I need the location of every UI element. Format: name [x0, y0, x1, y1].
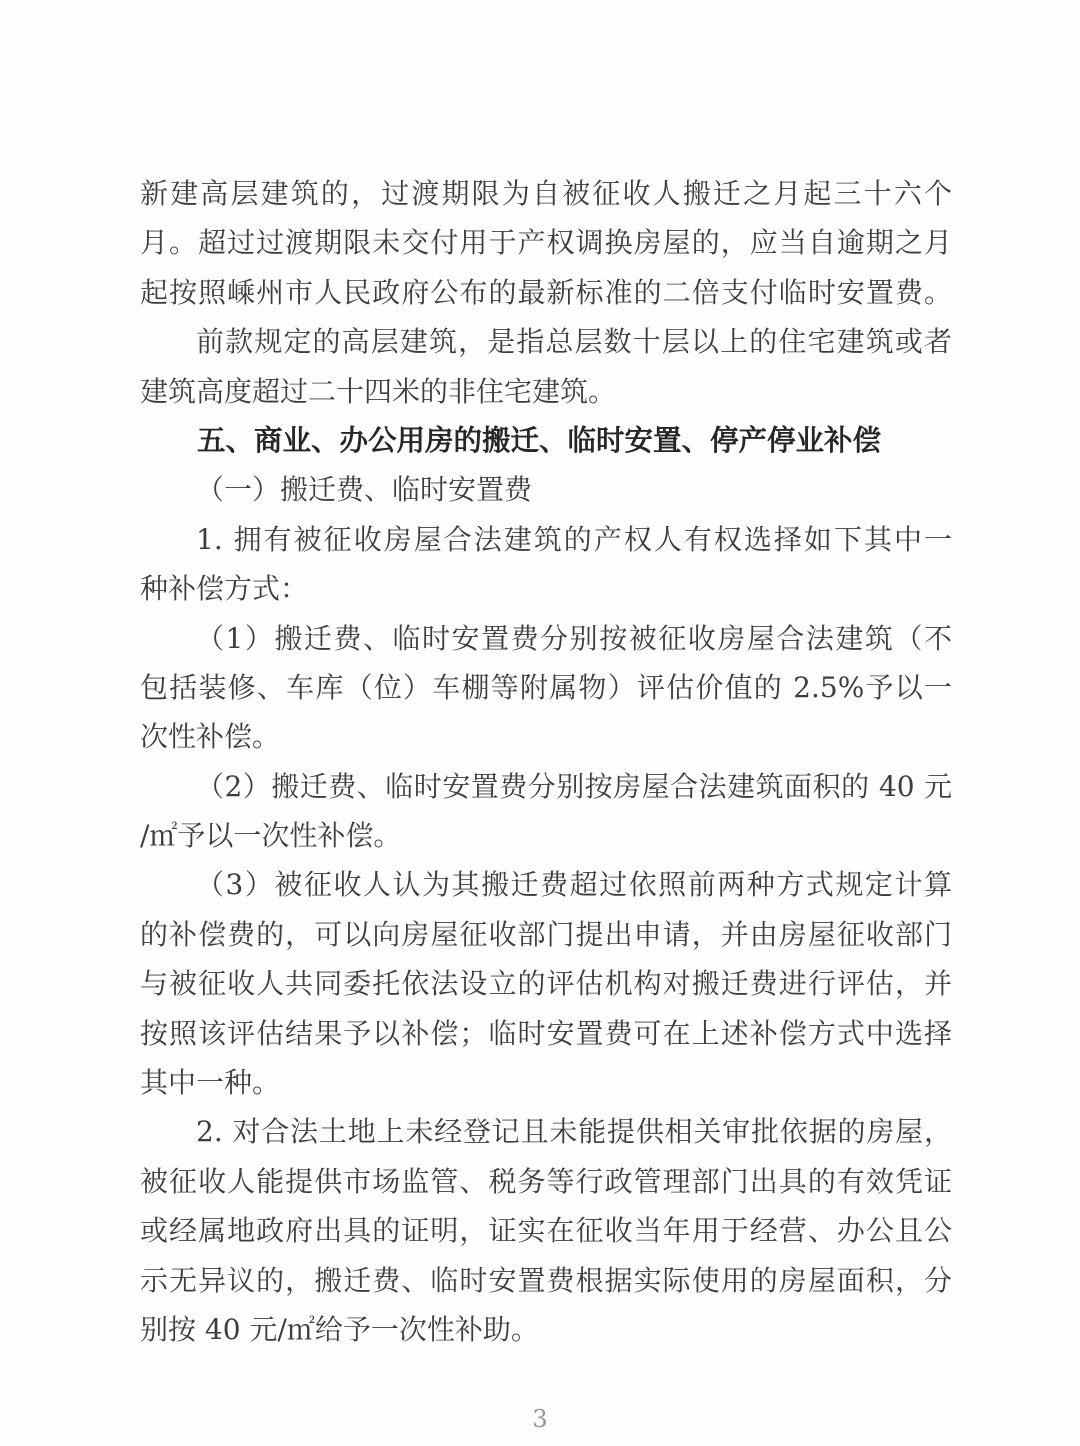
text-line: （2）搬迁费、临时安置费分别按房屋合法建筑面积的 40 元: [140, 762, 952, 811]
text-line: 新建高层建筑的，过渡期限为自被征收人搬迁之月起三十六个: [140, 169, 952, 218]
text-line: 示无异议的，搬迁费、临时安置费根据实际使用的房屋面积，分: [140, 1256, 952, 1305]
text-line: 前款规定的高层建筑，是指总层数十层以上的住宅建筑或者: [140, 317, 952, 366]
section-heading: 五、商业、办公用房的搬迁、临时安置、停产停业补偿: [140, 416, 952, 465]
text-line: 月。超过过渡期限未交付用于产权调换房屋的，应当自逾期之月: [140, 218, 952, 267]
document-page: 新建高层建筑的，过渡期限为自被征收人搬迁之月起三十六个月。超过过渡期限未交付用于…: [0, 0, 1080, 1446]
text-line: （1）搬迁费、临时安置费分别按被征收房屋合法建筑（不: [140, 614, 952, 663]
text-line: 被征收人能提供市场监管、税务等行政管理部门出具的有效凭证: [140, 1157, 952, 1206]
text-line: 包括装修、车库（位）车棚等附属物）评估价值的 2.5%予以一: [140, 663, 952, 712]
text-line: 次性补偿。: [140, 712, 952, 761]
text-line: 与被征收人共同委托依法设立的评估机构对搬迁费进行评估，并: [140, 959, 952, 1008]
document-body: 新建高层建筑的，过渡期限为自被征收人搬迁之月起三十六个月。超过过渡期限未交付用于…: [140, 169, 952, 1354]
text-line: （一）搬迁费、临时安置费: [140, 465, 952, 514]
text-line: 起按照嵊州市人民政府公布的最新标准的二倍支付临时安置费。: [140, 268, 952, 317]
text-line: 1. 拥有被征收房屋合法建筑的产权人有权选择如下其中一: [140, 515, 952, 564]
text-line: 其中一种。: [140, 1058, 952, 1107]
text-line: 建筑高度超过二十四米的非住宅建筑。: [140, 367, 952, 416]
text-line: 按照该评估结果予以补偿；临时安置费可在上述补偿方式中选择: [140, 1009, 952, 1058]
text-line: /㎡予以一次性补偿。: [140, 811, 952, 860]
text-line: （3）被征收人认为其搬迁费超过依照前两种方式规定计算: [140, 860, 952, 909]
text-line: 的补偿费的，可以向房屋征收部门提出申请，并由房屋征收部门: [140, 910, 952, 959]
page-number: 3: [0, 1402, 1080, 1436]
text-line: 种补偿方式：: [140, 564, 952, 613]
text-line: 2. 对合法土地上未经登记且未能提供相关审批依据的房屋，: [140, 1107, 952, 1156]
text-line: 或经属地政府出具的证明，证实在征收当年用于经营、办公且公: [140, 1206, 952, 1255]
text-line: 别按 40 元/㎡给予一次性补助。: [140, 1305, 952, 1354]
